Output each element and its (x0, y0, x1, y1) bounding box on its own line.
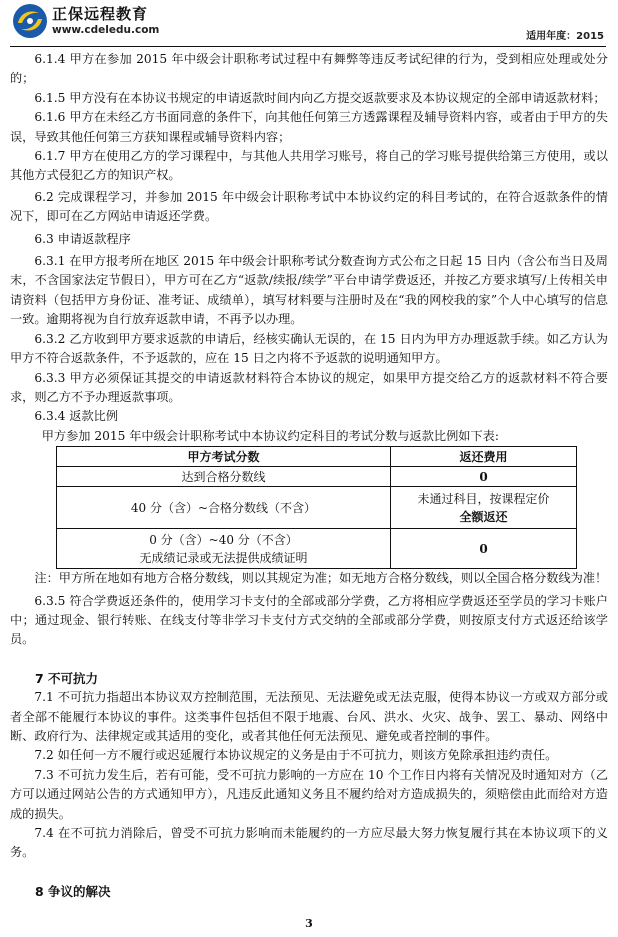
page-header: 正保远程教育 www.cdeledu.com 适用年度：2015 (0, 0, 618, 46)
table-row: 0 分（含）~40 分（不含） 无成绩记录或无法提供成绩证明 0 (57, 529, 577, 569)
clause-6-3-2: 6.3.2 乙方收到甲方要求返款的申请后，经核实确认无误的，在 15 日内为甲方… (10, 330, 608, 369)
clause-6-2: 6.2 完成课程学习，并参加 2015 年中级会计职称考试中本协议约定的科目考试… (10, 188, 608, 227)
clause-7-1: 7.1 不可抗力指超出本协议双方控制范围，无法预见、无法避免或无法克服，使得本协… (10, 688, 608, 746)
refund-cell: 0 (391, 529, 577, 569)
header-score: 甲方考试分数 (57, 447, 391, 467)
clause-6-1-5: 6.1.5 甲方没有在本协议书规定的申请返款时间内向乙方提交返款要求及本协议规定… (10, 89, 608, 108)
section-spacer (10, 650, 608, 669)
clause-7-4: 7.4 在不可抗力消除后，曾受不可抗力影响而未能履约的一方应尽最大努力恢复履行其… (10, 824, 608, 863)
clause-6-1-7: 6.1.7 甲方在使用乙方的学习课程中，与其他人共用学习账号，将自己的学习账号提… (10, 147, 608, 186)
table-row: 达到合格分数线 0 (57, 467, 577, 487)
brand-name: 正保远程教育 (52, 6, 148, 22)
refund-text-emphasis: 全额返还 (395, 508, 572, 526)
document-body: 6.1.4 甲方在参加 2015 年中级会计职称考试过程中有舞弊等违反考试纪律的… (10, 50, 608, 901)
score-text: 达到合格分数线 (181, 470, 265, 484)
page-number: 3 (0, 917, 618, 930)
refund-ratio-table: 甲方考试分数 返还费用 达到合格分数线 0 40 分（含）~合格分数线（不含） … (56, 446, 577, 569)
table-intro: 甲方参加 2015 年中级会计职称考试中本协议约定科目的考试分数与返款比例如下表… (10, 427, 608, 446)
clause-7-2: 7.2 如任何一方不履行或迟延履行本协议规定的义务是由于不可抗力，则该方免除承担… (10, 746, 608, 765)
clause-6-3-3: 6.3.3 甲方必须保证其提交的申请返款材料符合本协议的规定，如果甲方提交给乙方… (10, 369, 608, 408)
score-cell: 0 分（含）~40 分（不含） 无成绩记录或无法提供成绩证明 (57, 529, 391, 569)
table-row: 40 分（含）~合格分数线（不含） 未通过科目，按课程定价 全额返还 (57, 487, 577, 529)
clause-6-3-heading: 6.3 申请返款程序 (10, 230, 608, 249)
table-header-row: 甲方考试分数 返还费用 (57, 447, 577, 467)
header-refund: 返还费用 (391, 447, 577, 467)
score-text: 40 分（含）~合格分数线（不含） (131, 501, 316, 515)
brand-url: www.cdeledu.com (52, 24, 159, 36)
clause-6-1-4: 6.1.4 甲方在参加 2015 年中级会计职称考试过程中有舞弊等违反考试纪律的… (10, 50, 608, 89)
refund-text: 0 (479, 470, 487, 484)
score-text-line2: 无成绩记录或无法提供成绩证明 (61, 549, 386, 567)
refund-cell: 未通过科目，按课程定价 全额返还 (391, 487, 577, 529)
clause-7-3: 7.3 不可抗力发生后，若有可能，受不可抗力影响的一方应在 10 个工作日内将有… (10, 766, 608, 824)
score-cell: 达到合格分数线 (57, 467, 391, 487)
cdel-logo-icon (12, 3, 48, 39)
score-cell: 40 分（含）~合格分数线（不含） (57, 487, 391, 529)
refund-text: 0 (479, 542, 487, 556)
clause-6-3-5: 6.3.5 符合学费返还条件的，使用学习卡支付的全部或部分学费，乙方将相应学费返… (10, 592, 608, 650)
score-text: 0 分（含）~40 分（不含） (61, 531, 386, 549)
clause-6-3-4-heading: 6.3.4 返款比例 (10, 407, 608, 426)
applicable-year: 适用年度：2015 (526, 31, 604, 43)
section-7-heading: 7 不可抗力 (10, 669, 608, 688)
section-spacer (10, 863, 608, 882)
table-note: 注：甲方所在地如有地方合格分数线，则以其规定为准；如无地方合格分数线，则以全国合… (10, 569, 608, 588)
section-8-heading: 8 争议的解决 (10, 882, 608, 901)
clause-6-3-1: 6.3.1 在甲方报考所在地区 2015 年中级会计职称考试分数查询方式公布之日… (10, 252, 608, 330)
refund-text: 未通过科目，按课程定价 (395, 490, 572, 508)
clause-6-1-6: 6.1.6 甲方在未经乙方书面同意的条件下，向其他任何第三方透露课程及辅导资料内… (10, 108, 608, 147)
header-divider (10, 46, 606, 47)
refund-cell: 0 (391, 467, 577, 487)
